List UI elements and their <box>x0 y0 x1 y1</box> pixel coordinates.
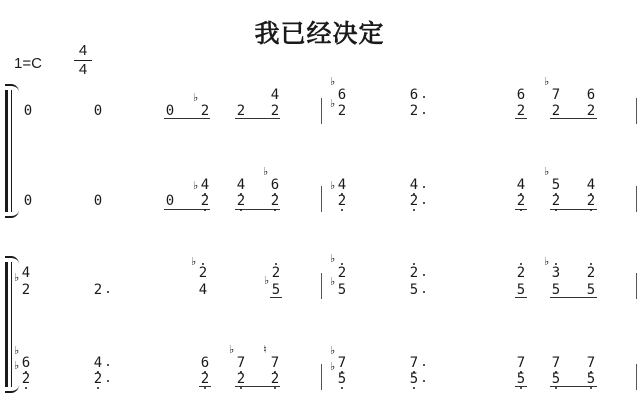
barline <box>636 364 637 390</box>
flat-icon: ♭ <box>330 361 335 372</box>
note-0: 0 <box>22 194 34 208</box>
bracket-bot-hook <box>5 385 19 393</box>
note-0: 0 <box>92 104 104 118</box>
note-4: 4 <box>20 266 32 280</box>
octave-dot-above <box>555 263 557 265</box>
note-7: 7 <box>408 356 420 370</box>
barline <box>321 364 322 390</box>
octave-dot-below <box>240 209 242 211</box>
octave-dot-below <box>341 209 343 211</box>
flat-icon: ♭ <box>14 360 19 371</box>
note-4: 4 <box>408 178 420 192</box>
flat-icon: ♭ <box>330 345 335 356</box>
barline <box>636 186 637 212</box>
flat-icon: ♭ <box>544 166 549 177</box>
note-7: 7 <box>515 356 527 370</box>
note-5: 5 <box>408 283 420 297</box>
octave-dot-above <box>341 263 343 265</box>
note-0: 0 <box>92 194 104 208</box>
barline <box>321 98 322 124</box>
augmentation-dot <box>423 291 425 293</box>
octave-dot-below <box>240 387 242 389</box>
octave-dot-below <box>555 387 557 389</box>
octave-dot-below <box>204 209 206 211</box>
note-2: 2 <box>408 194 420 208</box>
system-bracket <box>5 262 12 387</box>
note-2: 2 <box>235 104 247 118</box>
augmentation-dot <box>423 274 425 276</box>
flat-icon: ♭ <box>193 180 198 191</box>
note-4: 4 <box>336 178 348 192</box>
system-bracket <box>5 90 12 212</box>
note-7: 7 <box>550 88 562 102</box>
note-2: 2 <box>92 372 104 386</box>
flat-icon: ♭ <box>330 180 335 191</box>
bracket-top-hook <box>5 256 19 264</box>
flat-icon: ♭ <box>14 272 19 283</box>
time-signature-numerator: 4 <box>79 42 87 59</box>
flat-icon: ♭ <box>544 76 549 87</box>
note-2: 2 <box>515 104 527 118</box>
note-6: 6 <box>336 88 348 102</box>
note-7: 7 <box>235 356 247 370</box>
note-4: 4 <box>197 283 209 297</box>
octave-dot-above <box>202 263 204 265</box>
flat-icon: ♭ <box>229 344 234 355</box>
bracket-bot-hook <box>5 210 19 218</box>
note-2: 2 <box>92 283 104 297</box>
flat-icon: ♭ <box>330 253 335 264</box>
octave-dot-below <box>274 387 276 389</box>
note-4: 4 <box>199 178 211 192</box>
note-5: 5 <box>408 372 420 386</box>
note-2: 2 <box>269 104 281 118</box>
note-2: 2 <box>585 266 597 280</box>
flat-icon: ♭ <box>330 98 335 109</box>
note-5: 5 <box>550 283 562 297</box>
note-7: 7 <box>336 356 348 370</box>
note-6: 6 <box>408 88 420 102</box>
flat-icon: ♭ <box>193 92 198 103</box>
barline <box>321 186 322 212</box>
note-2: 2 <box>269 194 281 208</box>
note-0: 0 <box>22 104 34 118</box>
note-0: 0 <box>164 194 176 208</box>
augmentation-dot <box>423 380 425 382</box>
note-5: 5 <box>515 283 527 297</box>
augmentation-dot <box>107 364 109 366</box>
octave-dot-below <box>520 387 522 389</box>
augmentation-dot <box>423 364 425 366</box>
octave-dot-above <box>413 263 415 265</box>
flat-icon: ♭ <box>330 76 335 87</box>
augmentation-dot <box>423 202 425 204</box>
note-5: 5 <box>270 283 282 297</box>
note-5: 5 <box>336 283 348 297</box>
note-2: 2 <box>585 104 597 118</box>
octave-dot-above <box>275 263 277 265</box>
octave-dot-below <box>590 387 592 389</box>
note-0: 0 <box>164 104 176 118</box>
augmentation-dot <box>423 96 425 98</box>
note-2: 2 <box>269 372 281 386</box>
octave-dot-below <box>520 209 522 211</box>
note-6: 6 <box>199 356 211 370</box>
note-6: 6 <box>20 356 32 370</box>
note-2: 2 <box>235 372 247 386</box>
note-2: 2 <box>199 194 211 208</box>
flat-icon: ♭ <box>264 275 269 286</box>
barline <box>321 273 322 299</box>
note-6: 6 <box>269 178 281 192</box>
note-2: 2 <box>336 266 348 280</box>
octave-dot-below <box>97 387 99 389</box>
note-2: 2 <box>515 194 527 208</box>
note-7: 7 <box>550 356 562 370</box>
octave-dot-below <box>590 209 592 211</box>
augmentation-dot <box>107 291 109 293</box>
barline <box>636 273 637 299</box>
octave-dot-above <box>590 263 592 265</box>
octave-dot-below <box>555 209 557 211</box>
note-2: 2 <box>20 372 32 386</box>
flat-icon: ♭ <box>14 345 19 356</box>
barline <box>636 98 637 124</box>
flat-icon: ♭ <box>263 166 268 177</box>
note-2: 2 <box>550 194 562 208</box>
octave-dot-below <box>413 387 415 389</box>
note-4: 4 <box>235 178 247 192</box>
octave-dot-below <box>25 387 27 389</box>
augmentation-dot <box>107 380 109 382</box>
note-2: 2 <box>408 104 420 118</box>
note-7: 7 <box>269 356 281 370</box>
octave-dot-above <box>520 263 522 265</box>
time-signature: 4 4 <box>74 43 92 78</box>
octave-dot-below <box>274 209 276 211</box>
note-2: 2 <box>20 283 32 297</box>
note-2: 2 <box>550 104 562 118</box>
note-5: 5 <box>336 372 348 386</box>
note-2: 2 <box>199 372 211 386</box>
time-signature-denominator: 4 <box>79 61 87 78</box>
note-4: 4 <box>515 178 527 192</box>
note-5: 5 <box>585 283 597 297</box>
note-2: 2 <box>336 194 348 208</box>
note-2: 2 <box>408 266 420 280</box>
score-title: 我已经决定 <box>0 14 639 50</box>
bracket-top-hook <box>5 84 19 92</box>
note-3: 3 <box>550 266 562 280</box>
natural-icon: ♮ <box>263 344 267 355</box>
note-5: 5 <box>585 372 597 386</box>
note-2: 2 <box>336 104 348 118</box>
note-7: 7 <box>585 356 597 370</box>
note-2: 2 <box>585 194 597 208</box>
note-4: 4 <box>269 88 281 102</box>
note-2: 2 <box>235 194 247 208</box>
note-6: 6 <box>585 88 597 102</box>
key-signature: 1=C <box>14 55 42 72</box>
note-5: 5 <box>515 372 527 386</box>
octave-dot-below <box>204 387 206 389</box>
augmentation-dot <box>423 186 425 188</box>
note-4: 4 <box>92 356 104 370</box>
note-4: 4 <box>585 178 597 192</box>
octave-dot-below <box>413 209 415 211</box>
note-2: 2 <box>515 266 527 280</box>
note-2: 2 <box>197 266 209 280</box>
octave-dot-below <box>341 387 343 389</box>
flat-icon: ♭ <box>330 276 335 287</box>
note-2: 2 <box>270 266 282 280</box>
flat-icon: ♭ <box>191 256 196 267</box>
note-2: 2 <box>199 104 211 118</box>
note-5: 5 <box>550 372 562 386</box>
note-6: 6 <box>515 88 527 102</box>
augmentation-dot <box>423 112 425 114</box>
note-5: 5 <box>550 178 562 192</box>
flat-icon: ♭ <box>544 256 549 267</box>
